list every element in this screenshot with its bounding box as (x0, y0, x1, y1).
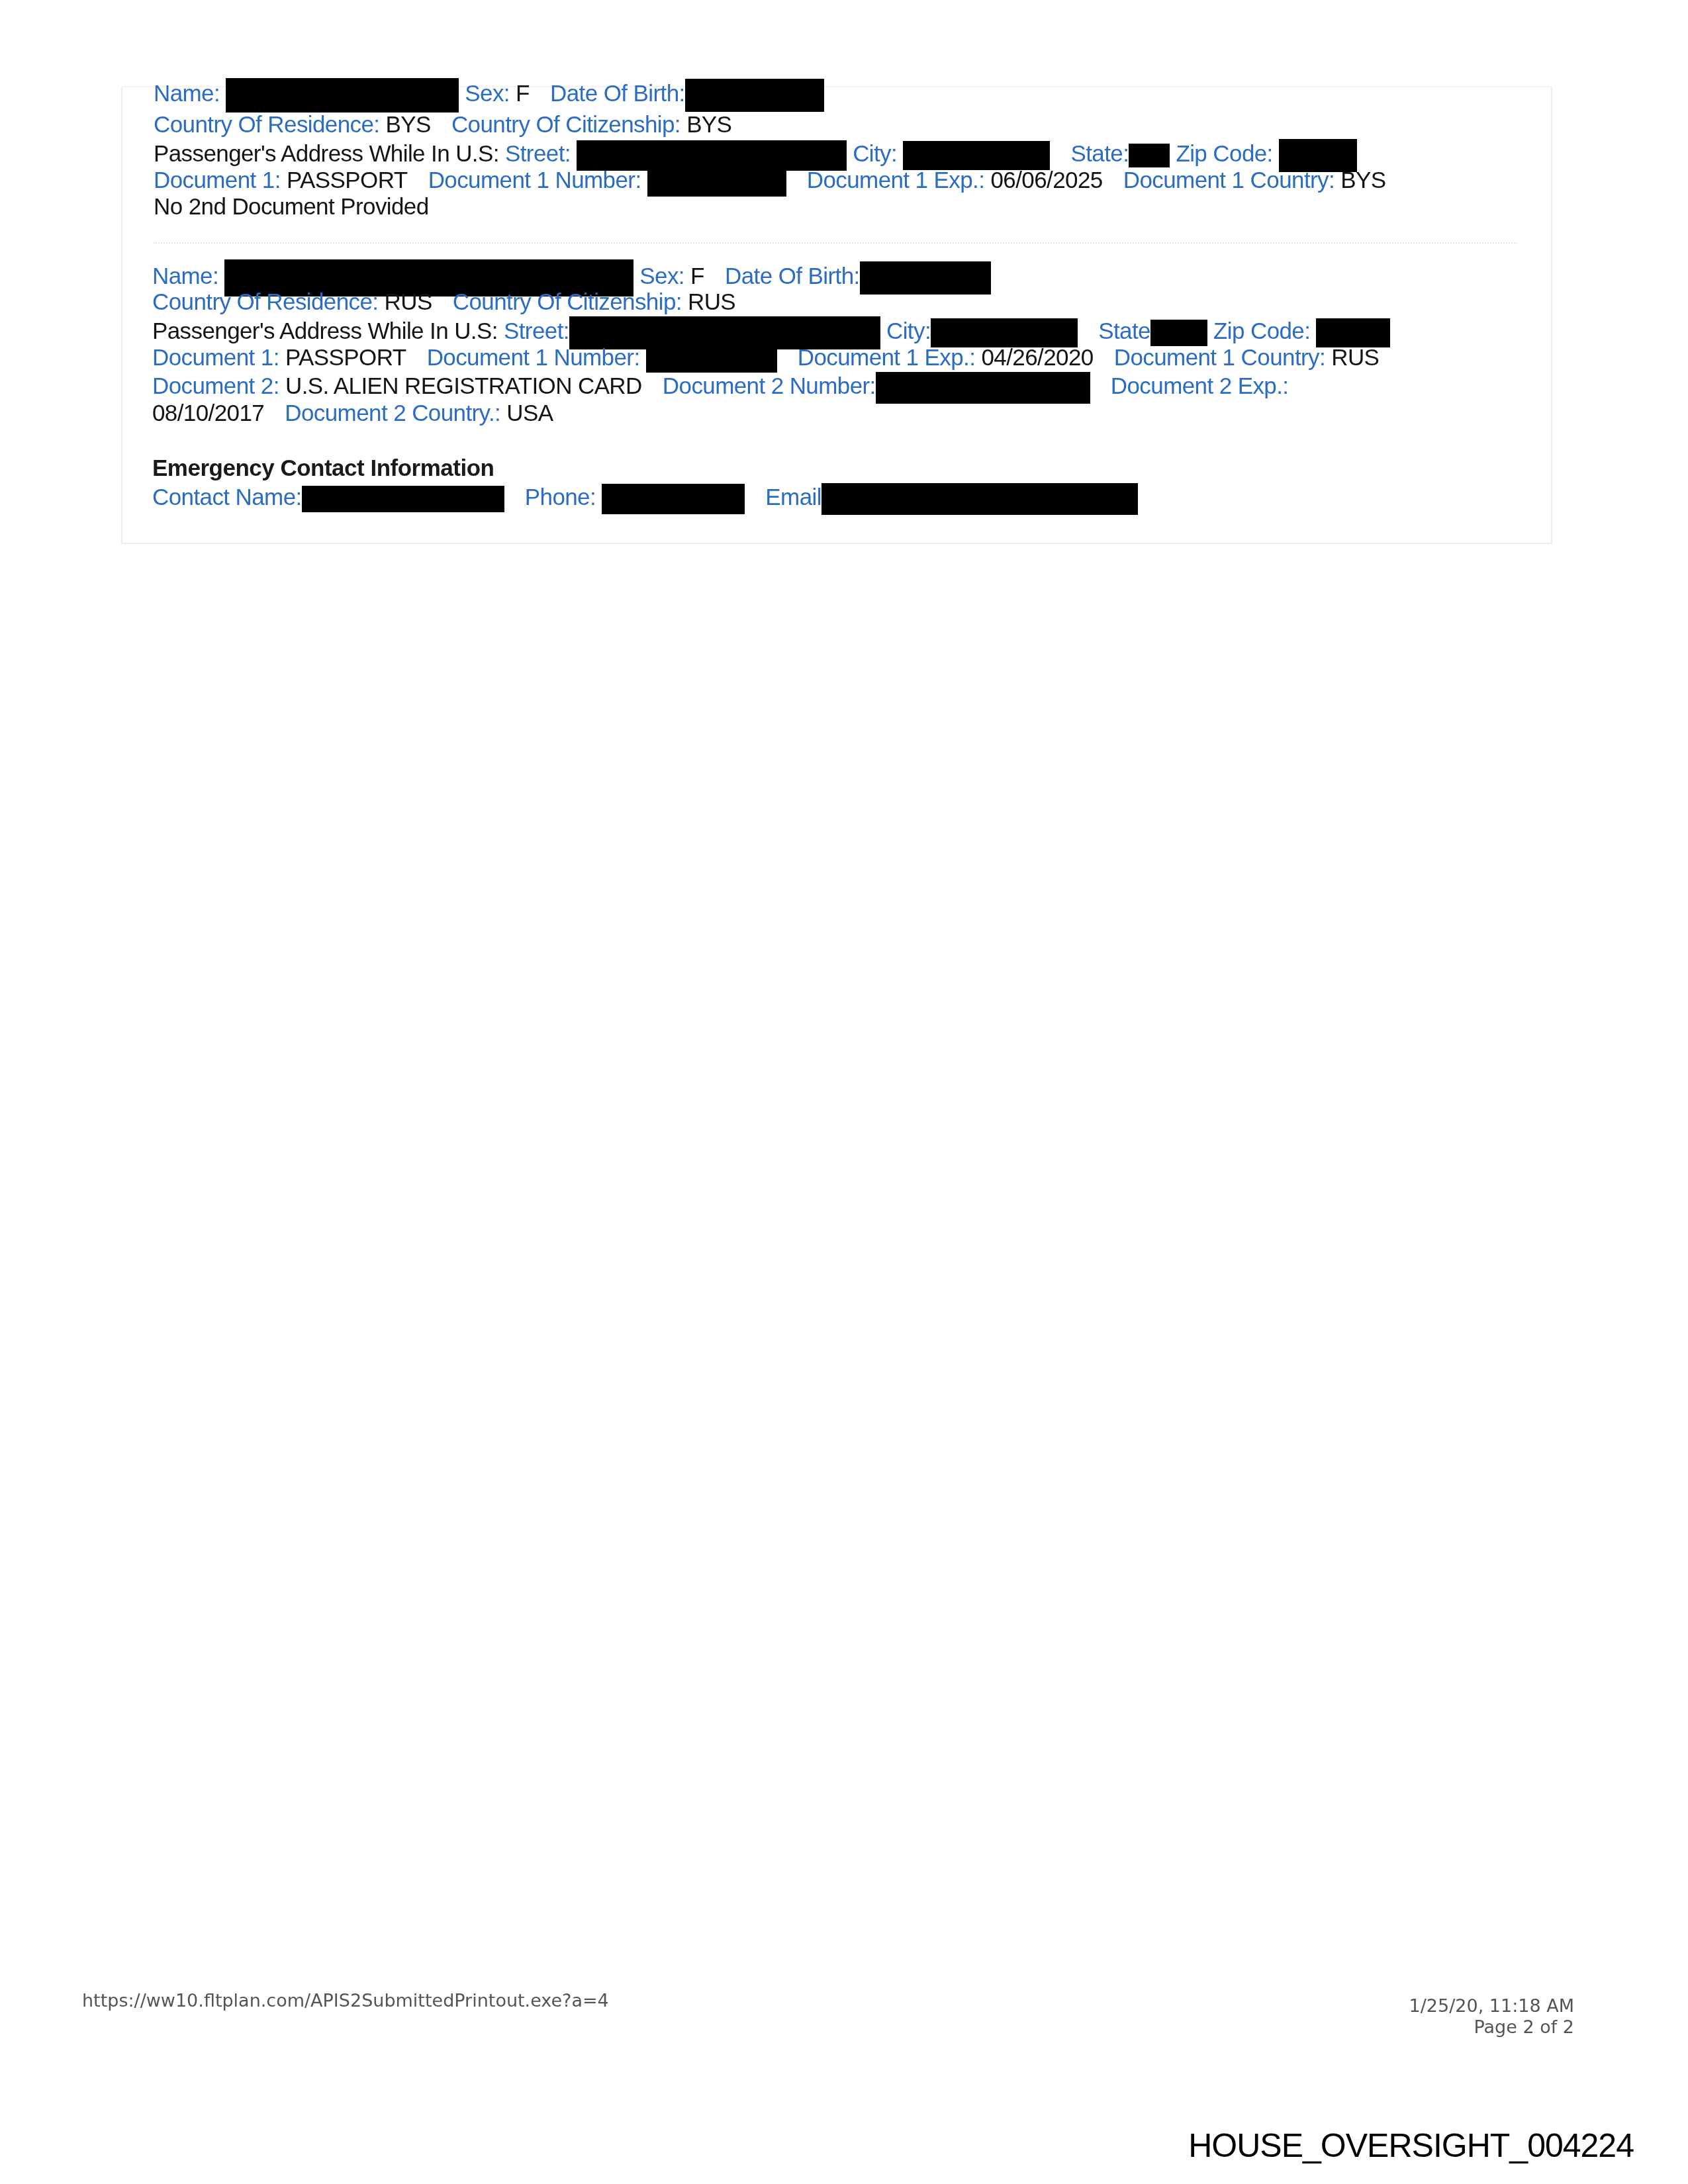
p2-doc2-country-value: USA (506, 400, 553, 426)
p2-doc2-number-redaction (876, 372, 1090, 404)
record-separator (154, 242, 1517, 244)
p1-doc1-country-label: Document 1 Country: (1123, 167, 1335, 193)
p1-sex-value: F (516, 81, 530, 107)
p1-dob-redaction (685, 79, 824, 112)
p1-citizenship-value: BYS (686, 112, 731, 138)
p1-row-country: Country Of Residence: BYS Country Of Cit… (154, 111, 731, 139)
p2-row-document2-cont: 08/10/2017 Document 2 Country.: USA (152, 400, 553, 428)
p2-address-label: Passenger's Address While In U.S: (152, 318, 498, 344)
p1-address-label: Passenger's Address While In U.S: (154, 141, 499, 167)
p1-state-redaction (1129, 144, 1170, 167)
p2-doc1-value: PASSPORT (285, 345, 406, 371)
footer-page-number: Page 2 of 2 (1474, 2017, 1575, 2038)
email-label: Email (765, 484, 821, 510)
p2-doc2-label: Document 2: (152, 373, 279, 399)
p2-doc1-number-redaction (646, 346, 777, 373)
phone-label: Phone: (525, 484, 596, 510)
p2-doc1-number-label: Document 1 Number: (427, 345, 640, 371)
p1-state-label: State: (1070, 141, 1129, 167)
p1-name-label: Name: (154, 81, 220, 107)
p2-doc1-exp-label: Document 1 Exp.: (798, 345, 976, 371)
p2-street-label: Street: (504, 318, 569, 344)
contact-name-label: Contact Name: (152, 484, 302, 510)
emergency-heading: Emergency Contact Information (152, 455, 494, 482)
p1-dob-label: Date Of Birth: (550, 81, 685, 107)
p2-doc2-exp-value: 08/10/2017 (152, 400, 264, 426)
p1-doc1-value: PASSPORT (287, 167, 408, 193)
p1-residence-label: Country Of Residence: (154, 112, 379, 138)
p2-citizenship-value: RUS (688, 289, 735, 315)
phone-redaction (602, 484, 745, 514)
p2-doc2-number-label: Document 2 Number: (663, 373, 876, 399)
p1-zip-label: Zip Code: (1176, 141, 1272, 167)
p2-row-country: Country Of Residence: RUS Country Of Cit… (152, 289, 735, 316)
p2-city-redaction (931, 318, 1078, 347)
p2-zip-redaction (1316, 318, 1390, 347)
p2-row-document2: Document 2: U.S. ALIEN REGISTRATION CARD… (152, 372, 1288, 404)
footer-url: https://ww10.fltplan.com/APIS2SubmittedP… (82, 1991, 609, 2011)
p1-doc1-exp-label: Document 1 Exp.: (807, 167, 985, 193)
footer-datetime: 1/25/20, 11:18 AM (1409, 1996, 1574, 2017)
p1-citizenship-label: Country Of Citizenship: (451, 112, 680, 138)
p1-row-document1: Document 1: PASSPORT Document 1 Number: … (154, 167, 1385, 197)
p2-city-label: City: (886, 318, 931, 344)
p2-residence-value: RUS (385, 289, 432, 315)
p2-citizenship-label: Country Of Citizenship: (453, 289, 682, 315)
p2-state-label: State (1098, 318, 1150, 344)
p2-doc2-exp-label: Document 2 Exp.: (1111, 373, 1289, 399)
p1-row-name: Name: Sex: F Date Of Birth: (154, 78, 824, 113)
p2-row-document1: Document 1: PASSPORT Document 1 Number: … (152, 344, 1379, 373)
p1-street-label: Street: (505, 141, 571, 167)
p2-residence-label: Country Of Residence: (152, 289, 378, 315)
p2-doc1-country-label: Document 1 Country: (1114, 345, 1325, 371)
p1-doc1-number-label: Document 1 Number: (428, 167, 641, 193)
p2-state-redaction (1150, 320, 1207, 346)
p1-name-redaction (226, 78, 459, 113)
p1-city-redaction (903, 141, 1050, 170)
p2-sex-value: F (690, 263, 704, 289)
p1-sex-label: Sex: (465, 81, 510, 107)
p1-doc2-note: No 2nd Document Provided (154, 194, 429, 220)
email-redaction (821, 483, 1138, 515)
p2-sex-label: Sex: (639, 263, 684, 289)
p1-doc1-label: Document 1: (154, 167, 281, 193)
emergency-row: Contact Name: Phone: Email (152, 483, 1138, 515)
p2-doc2-value: U.S. ALIEN REGISTRATION CARD (285, 373, 642, 399)
p2-doc1-label: Document 1: (152, 345, 279, 371)
p1-row-document2: No 2nd Document Provided (154, 193, 429, 221)
p2-dob-redaction (860, 261, 991, 295)
p1-doc1-country-value: BYS (1340, 167, 1385, 193)
p2-doc1-country-value: RUS (1331, 345, 1379, 371)
p2-name-label: Name: (152, 263, 218, 289)
p2-dob-label: Date Of Birth: (725, 263, 860, 289)
p1-residence-value: BYS (386, 112, 431, 138)
p1-city-label: City: (853, 141, 897, 167)
p1-doc1-exp-value: 06/06/2025 (990, 167, 1102, 193)
bates-number: HOUSE_OVERSIGHT_004224 (1188, 2126, 1634, 2165)
p2-doc2-country-label: Document 2 Country.: (285, 400, 500, 426)
p1-doc1-number-redaction (647, 167, 786, 197)
contact-name-redaction (302, 486, 504, 512)
p2-doc1-exp-value: 04/26/2020 (981, 345, 1093, 371)
p2-zip-label: Zip Code: (1213, 318, 1310, 344)
